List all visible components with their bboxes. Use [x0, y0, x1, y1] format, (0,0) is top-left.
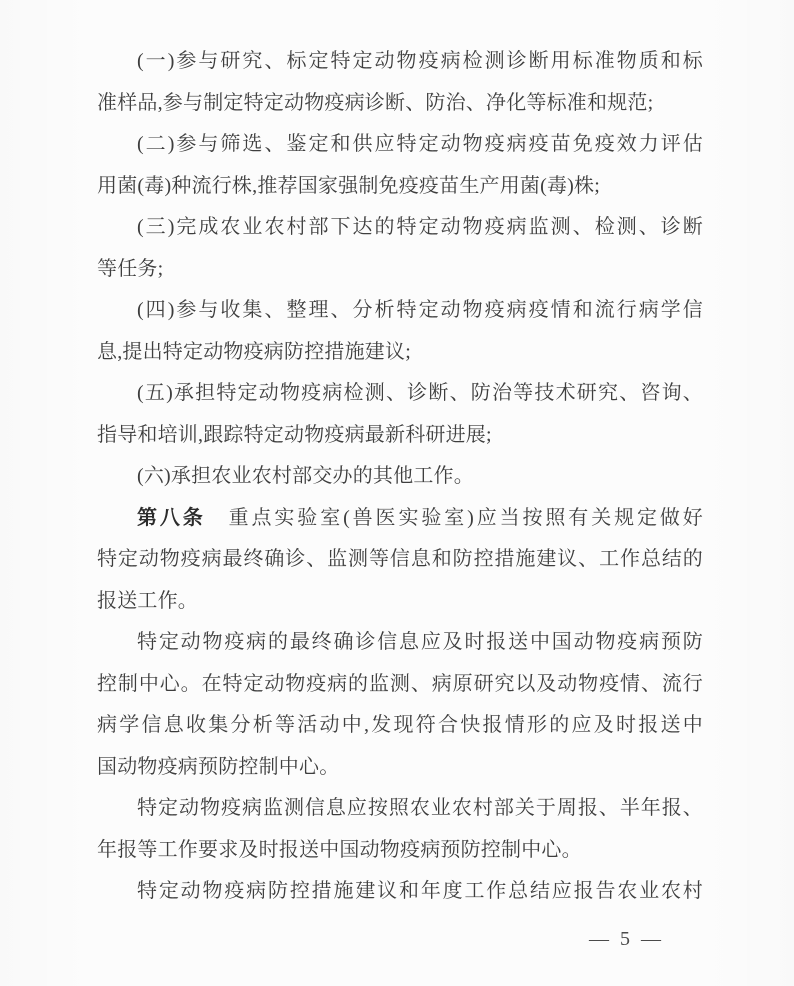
text-line: 第八条 重点实验室(兽医实验室)应当按照有关规定做好: [97, 498, 703, 540]
text-line: 控制中心。在特定动物疫病的监测、病原研究以及动物疫情、流行: [97, 664, 703, 706]
text-line: (一)参与研究、标定特定动物疫病检测诊断用标准物质和标: [97, 41, 703, 83]
text-line: 用菌(毒)种流行株,推荐国家强制免疫疫苗生产用菌(毒)株;: [97, 166, 703, 208]
clause-1-paragraph: (一)参与研究、标定特定动物疫病检测诊断用标准物质和标 准样品,参与制定特定动物…: [97, 41, 703, 124]
text-line: 国动物疫病预防控制中心。: [97, 747, 703, 789]
text-line: 报送工作。: [97, 581, 703, 623]
text-line: 准样品,参与制定特定动物疫病诊断、防治、净化等标准和规范;: [97, 83, 703, 125]
text-line: (四)参与收集、整理、分析特定动物疫病疫情和流行病学信: [97, 290, 703, 332]
clause-5-paragraph: (五)承担特定动物疫病检测、诊断、防治等技术研究、咨询、 指导和培训,跟踪特定动…: [97, 373, 703, 456]
annual-summary-paragraph: 特定动物疫病防控措施建议和年度工作总结应报告农业农村: [97, 871, 703, 913]
text-line: 特定动物疫病最终确诊、监测等信息和防控措施建议、工作总结的: [97, 539, 703, 581]
page-number: — 5 —: [589, 926, 664, 952]
clause-2-paragraph: (二)参与筛选、鉴定和供应特定动物疫病疫苗免疫效力评估 用菌(毒)种流行株,推荐…: [97, 124, 703, 207]
text-line: (三)完成农业农村部下达的特定动物疫病监测、检测、诊断: [97, 207, 703, 249]
text-line: 特定动物疫病防控措施建议和年度工作总结应报告农业农村: [97, 871, 703, 913]
clause-6-paragraph: (六)承担农业农村部交办的其他工作。: [97, 456, 703, 498]
clause-3-paragraph: (三)完成农业农村部下达的特定动物疫病监测、检测、诊断 等任务;: [97, 207, 703, 290]
text-line: 病学信息收集分析等活动中,发现符合快报情形的应及时报送中: [97, 705, 703, 747]
scanned-document-page: (一)参与研究、标定特定动物疫病检测诊断用标准物质和标 准样品,参与制定特定动物…: [0, 0, 794, 986]
article-8-paragraph: 第八条 重点实验室(兽医实验室)应当按照有关规定做好 特定动物疫病最终确诊、监测…: [97, 498, 703, 623]
document-body: (一)参与研究、标定特定动物疫病检测诊断用标准物质和标 准样品,参与制定特定动物…: [97, 0, 703, 913]
monitoring-report-paragraph: 特定动物疫病监测信息应按照农业农村部关于周报、半年报、 年报等工作要求及时报送中…: [97, 788, 703, 871]
text-line: (二)参与筛选、鉴定和供应特定动物疫病疫苗免疫效力评估: [97, 124, 703, 166]
text-line: 特定动物疫病的最终确诊信息应及时报送中国动物疫病预防: [97, 622, 703, 664]
text-line: (五)承担特定动物疫病检测、诊断、防治等技术研究、咨询、: [97, 373, 703, 415]
text-line: 息,提出特定动物疫病防控措施建议;: [97, 332, 703, 374]
text-line: 等任务;: [97, 249, 703, 291]
reporting-confirmation-paragraph: 特定动物疫病的最终确诊信息应及时报送中国动物疫病预防 控制中心。在特定动物疫病的…: [97, 622, 703, 788]
text-line: 年报等工作要求及时报送中国动物疫病预防控制中心。: [97, 830, 703, 872]
clause-4-paragraph: (四)参与收集、整理、分析特定动物疫病疫情和流行病学信 息,提出特定动物疫病防控…: [97, 290, 703, 373]
text-line: 指导和培训,跟踪特定动物疫病最新科研进展;: [97, 415, 703, 457]
text-line: 特定动物疫病监测信息应按照农业农村部关于周报、半年报、: [97, 788, 703, 830]
text-line: (六)承担农业农村部交办的其他工作。: [97, 456, 703, 498]
article-8-heading-body: 重点实验室(兽医实验室)应当按照有关规定做好: [206, 507, 703, 529]
article-8-heading: 第八条: [137, 507, 206, 529]
